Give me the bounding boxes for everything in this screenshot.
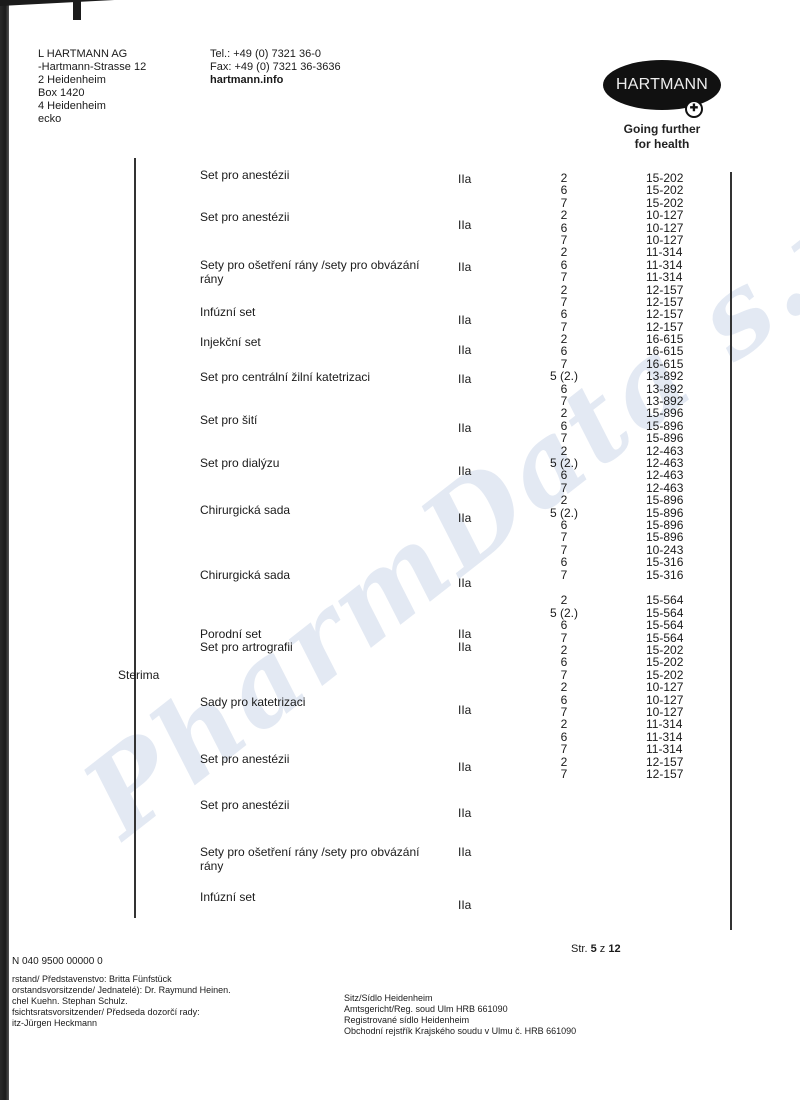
device-class: IIa xyxy=(458,218,471,232)
code-row: 215-896 xyxy=(540,407,706,419)
product-name: Sety pro ošetření rány /sety pro obvázán… xyxy=(200,845,440,873)
product-name: Set pro šití xyxy=(200,413,440,427)
certificate-number: 10-127 xyxy=(646,681,706,693)
annex-number: 2 xyxy=(540,681,588,693)
product-name: Chirurgická sada xyxy=(200,503,440,517)
code-row: 615-316 xyxy=(540,556,706,568)
annex-number: 6 xyxy=(540,469,588,481)
annex-number: 2 xyxy=(540,209,588,221)
annex-number: 7 xyxy=(540,768,588,780)
manufacturer-label: Sterima xyxy=(118,668,159,682)
scan-edge-left xyxy=(0,0,9,1100)
fax: Fax: +49 (0) 7321 36-3636 xyxy=(210,61,341,74)
annex-number: 5 (2.) xyxy=(540,370,588,382)
certificate-number: 16-615 xyxy=(646,345,706,357)
code-row: 215-896 xyxy=(540,494,706,506)
device-class: IIa xyxy=(458,172,471,186)
code-row: 210-127 xyxy=(540,681,706,693)
page-number: Str. 5 z 12 xyxy=(571,943,621,955)
product-name: Set pro anestézii xyxy=(200,210,440,224)
code-row: 612-463 xyxy=(540,469,706,481)
certificate-number: 15-896 xyxy=(646,432,706,444)
device-class: IIa xyxy=(458,898,471,912)
certificate-number: 15-316 xyxy=(646,556,706,568)
annex-number: 2 xyxy=(540,407,588,419)
code-row: 210-127 xyxy=(540,209,706,221)
certificate-number: 12-157 xyxy=(646,308,706,320)
annex-number: 6 xyxy=(540,345,588,357)
footer-line: Obchodní rejstřík Krajského soudu v Ulmu… xyxy=(344,1026,576,1037)
product-name: Infúzní set xyxy=(200,305,440,319)
certificate-number: 13-892 xyxy=(646,370,706,382)
code-row: 712-157 xyxy=(540,768,706,780)
annex-number: 7 xyxy=(540,743,588,755)
footer-board: N 040 9500 00000 0 rstand/ Představenstv… xyxy=(12,956,231,1029)
page-sep: z xyxy=(600,943,606,955)
annex-number: 7 xyxy=(540,432,588,444)
page-prefix: Str. xyxy=(571,943,588,955)
device-class: IIa xyxy=(458,464,471,478)
certificate-number: 15-316 xyxy=(646,569,706,581)
code-row: 615-202 xyxy=(540,184,706,196)
footer-line: Registrované sídlo Heidenheim xyxy=(344,1015,576,1026)
code-row: 715-896 xyxy=(540,531,706,543)
scan-edge-stub xyxy=(73,0,81,20)
certificate-number: 15-896 xyxy=(646,494,706,506)
annex-number: 7 xyxy=(540,569,588,581)
logo-oval: HARTMANN ✚ xyxy=(603,60,721,110)
product-name: Porodní set xyxy=(200,627,440,641)
phone: Tel.: +49 (0) 7321 36-0 xyxy=(210,48,341,61)
product-name: Set pro centrální žilní katetrizaci xyxy=(200,370,440,384)
table-border-right xyxy=(730,172,732,930)
address-line: L HARTMANN AG xyxy=(38,48,146,61)
certificate-number: 15-564 xyxy=(646,619,706,631)
code-row: 715-896 xyxy=(540,432,706,444)
certificate-number: 15-202 xyxy=(646,184,706,196)
device-class: IIa xyxy=(458,576,471,590)
website-link[interactable]: hartmann.info xyxy=(210,74,341,87)
annex-number: 2 xyxy=(540,246,588,258)
annex-number: 7 xyxy=(540,271,588,283)
certificate-number: 11-314 xyxy=(646,718,706,730)
device-class: IIa xyxy=(458,760,471,774)
footer-line: chel Kuehn. Stephan Schulz. xyxy=(12,996,231,1007)
page-current: 5 xyxy=(591,943,597,955)
device-class: IIa xyxy=(458,372,471,386)
code-row: 211-314 xyxy=(540,718,706,730)
code-row: 615-202 xyxy=(540,656,706,668)
code-row: 615-564 xyxy=(540,619,706,631)
code-row: 612-157 xyxy=(540,308,706,320)
device-class: IIa xyxy=(458,260,471,274)
certificate-code-list: 215-202615-202715-202210-127610-127710-1… xyxy=(540,172,706,780)
address-line: 2 Heidenheim xyxy=(38,74,146,87)
product-name: Set pro dialýzu xyxy=(200,456,440,470)
certificate-number: 11-314 xyxy=(646,271,706,283)
annex-number: 6 xyxy=(540,184,588,196)
footer-line: rstand/ Představenstvo: Britta Fünfstück xyxy=(12,974,231,985)
footer-line: itz-Jürgen Heckmann xyxy=(12,1018,231,1029)
certificate-number: 10-127 xyxy=(646,209,706,221)
certificate-number: 11-314 xyxy=(646,743,706,755)
code-row: 5 (2.)13-892 xyxy=(540,370,706,382)
device-class: IIa xyxy=(458,627,471,641)
address-line: 4 Heidenheim xyxy=(38,100,146,113)
device-class: IIa xyxy=(458,421,471,435)
code-row: 211-314 xyxy=(540,246,706,258)
annex-number: 6 xyxy=(540,308,588,320)
footer-registry: Sitz/Sídlo Heidenheim Amtsgericht/Reg. s… xyxy=(344,993,576,1037)
device-class: IIa xyxy=(458,313,471,327)
hartmann-logo: HARTMANN ✚ Going further for health xyxy=(592,60,732,152)
tagline-line: for health xyxy=(592,137,732,152)
address-line: -Hartmann-Strasse 12 xyxy=(38,61,146,74)
certificate-number: 15-202 xyxy=(646,656,706,668)
table-border-left xyxy=(134,158,136,918)
device-class: IIa xyxy=(458,343,471,357)
certificate-number: 11-314 xyxy=(646,246,706,258)
footer-line: Sitz/Sídlo Heidenheim xyxy=(344,993,576,1004)
device-class: IIa xyxy=(458,640,471,654)
product-name: Set pro artrografii xyxy=(200,640,440,654)
annex-number: 7 xyxy=(540,531,588,543)
footer-line: Amtsgericht/Reg. soud Ulm HRB 661090 xyxy=(344,1004,576,1015)
device-class: IIa xyxy=(458,845,471,859)
code-row: 616-615 xyxy=(540,345,706,357)
code-row: 711-314 xyxy=(540,743,706,755)
certificate-number: 15-896 xyxy=(646,531,706,543)
address-line: ecko xyxy=(38,113,146,126)
code-row: 711-314 xyxy=(540,271,706,283)
device-class: IIa xyxy=(458,703,471,717)
certificate-number: 12-463 xyxy=(646,469,706,481)
product-name: Set pro anestézii xyxy=(200,798,440,812)
footer-line: orstandsvorsitzende/ Jednatelé): Dr. Ray… xyxy=(12,985,231,996)
product-name: Sady pro katetrizaci xyxy=(200,695,440,709)
product-name: Injekční set xyxy=(200,335,440,349)
logo-tagline: Going further for health xyxy=(592,122,732,152)
product-name: Set pro anestézii xyxy=(200,168,440,182)
product-name: Infúzní set xyxy=(200,890,440,904)
code-row: 715-316 xyxy=(540,569,706,581)
certificate-number: 15-896 xyxy=(646,407,706,419)
scan-edge-top xyxy=(0,0,115,6)
product-name: Set pro anestézii xyxy=(200,752,440,766)
logo-text: HARTMANN xyxy=(616,76,708,94)
cross-circle-icon: ✚ xyxy=(685,100,703,118)
annex-number: 2 xyxy=(540,494,588,506)
annex-number: 6 xyxy=(540,619,588,631)
annex-number: 6 xyxy=(540,556,588,568)
product-name: Chirurgická sada xyxy=(200,568,440,582)
company-contact: Tel.: +49 (0) 7321 36-0 Fax: +49 (0) 732… xyxy=(210,48,341,87)
tagline-line: Going further xyxy=(592,122,732,137)
annex-number: 6 xyxy=(540,656,588,668)
registration-number: N 040 9500 00000 0 xyxy=(12,956,231,967)
code-row: 215-564 xyxy=(540,581,706,607)
page-total: 12 xyxy=(608,943,620,955)
device-class: IIa xyxy=(458,806,471,820)
footer-line: fsichtsratsvorsitzender/ Předseda dozorč… xyxy=(12,1007,231,1018)
product-name: Sety pro ošetření rány /sety pro obvázán… xyxy=(200,258,440,286)
annex-number: 2 xyxy=(540,718,588,730)
company-address: L HARTMANN AG -Hartmann-Strasse 12 2 Hei… xyxy=(38,48,146,126)
certificate-number: 12-157 xyxy=(646,768,706,780)
device-class: IIa xyxy=(458,511,471,525)
address-line: Box 1420 xyxy=(38,87,146,100)
